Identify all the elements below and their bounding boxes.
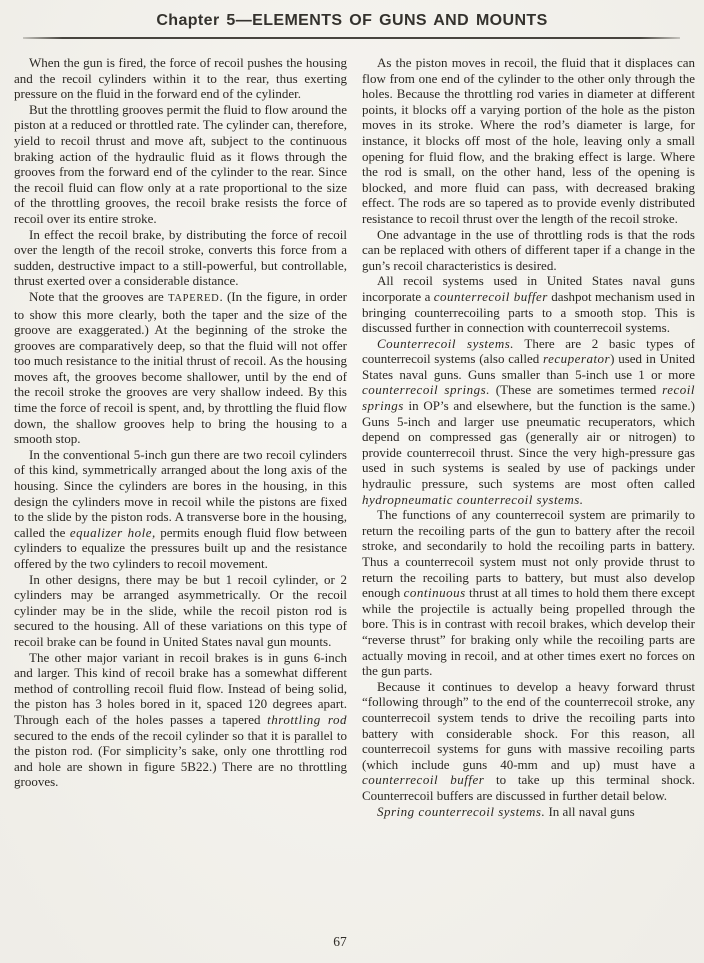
paragraph: All recoil systems used in United States… bbox=[362, 273, 695, 335]
text-run-italic: throttling rod bbox=[267, 712, 347, 727]
paragraph: But the throttling grooves permit the fl… bbox=[14, 102, 347, 227]
page-body: When the gun is fired, the force of reco… bbox=[0, 39, 704, 819]
text-run-italic: continuous bbox=[404, 585, 466, 600]
text-run-italic: Counterrecoil systems. bbox=[377, 336, 514, 351]
text-run: As the piston moves in recoil, the fluid… bbox=[362, 55, 695, 226]
paragraph: Because it continues to develop a heavy … bbox=[362, 679, 695, 804]
paragraph: As the piston moves in recoil, the fluid… bbox=[362, 55, 695, 227]
paragraph: The functions of any counterrecoil syste… bbox=[362, 507, 695, 679]
text-run-italic: Spring counterrecoil systems. bbox=[377, 804, 545, 819]
text-run: When the gun is fired, the force of reco… bbox=[14, 55, 347, 101]
left-column: When the gun is fired, the force of reco… bbox=[14, 55, 347, 819]
scanned-book-page: Chapter 5—ELEMENTS OF GUNS AND MOUNTS Wh… bbox=[0, 0, 704, 963]
text-run-italic: equalizer hole, bbox=[70, 525, 156, 540]
paragraph: Note that the grooves are TAPERED. (In t… bbox=[14, 289, 347, 447]
text-run: (These are sometimes termed bbox=[490, 382, 662, 397]
text-run-smallcaps: TAPERED bbox=[168, 293, 219, 304]
page-number: 67 bbox=[0, 934, 680, 950]
text-run: Because it continues to develop a heavy … bbox=[362, 679, 695, 772]
text-run: . (In the figure, in order to show this … bbox=[14, 289, 347, 446]
paragraph: One advantage in the use of throttling r… bbox=[362, 227, 695, 274]
text-run: Note that the grooves are bbox=[29, 289, 168, 304]
text-run: in OP’s and elsewhere, but the function … bbox=[362, 398, 695, 491]
text-run: In other designs, there may be but 1 rec… bbox=[14, 572, 347, 649]
text-run: secured to the ends of the recoil cylind… bbox=[14, 728, 347, 790]
text-run-italic: hydropneumatic counterrecoil systems. bbox=[362, 492, 584, 507]
paragraph: Counterrecoil systems. There are 2 basic… bbox=[362, 336, 695, 508]
text-run: In all naval guns bbox=[545, 804, 635, 819]
paragraph: When the gun is fired, the force of reco… bbox=[14, 55, 347, 102]
text-run: One advantage in the use of throttling r… bbox=[362, 227, 695, 273]
text-run: In effect the recoil brake, by distribut… bbox=[14, 227, 347, 289]
paragraph: The other major variant in recoil brakes… bbox=[14, 650, 347, 790]
text-run: But the throttling grooves permit the fl… bbox=[14, 102, 347, 226]
paragraph: Spring counterrecoil systems. In all nav… bbox=[362, 804, 695, 820]
text-run-italic: counterrecoil buffer bbox=[434, 289, 548, 304]
right-column: As the piston moves in recoil, the fluid… bbox=[362, 55, 695, 819]
paragraph: In the conventional 5-inch gun there are… bbox=[14, 447, 347, 572]
text-run-italic: recuperator bbox=[543, 351, 610, 366]
text-run-italic: counterrecoil buffer bbox=[362, 772, 484, 787]
chapter-header-title: Chapter 5—ELEMENTS OF GUNS AND MOUNTS bbox=[0, 0, 704, 30]
paragraph: In other designs, there may be but 1 rec… bbox=[14, 572, 347, 650]
text-run-italic: counterrecoil springs. bbox=[362, 382, 490, 397]
paragraph: In effect the recoil brake, by distribut… bbox=[14, 227, 347, 289]
